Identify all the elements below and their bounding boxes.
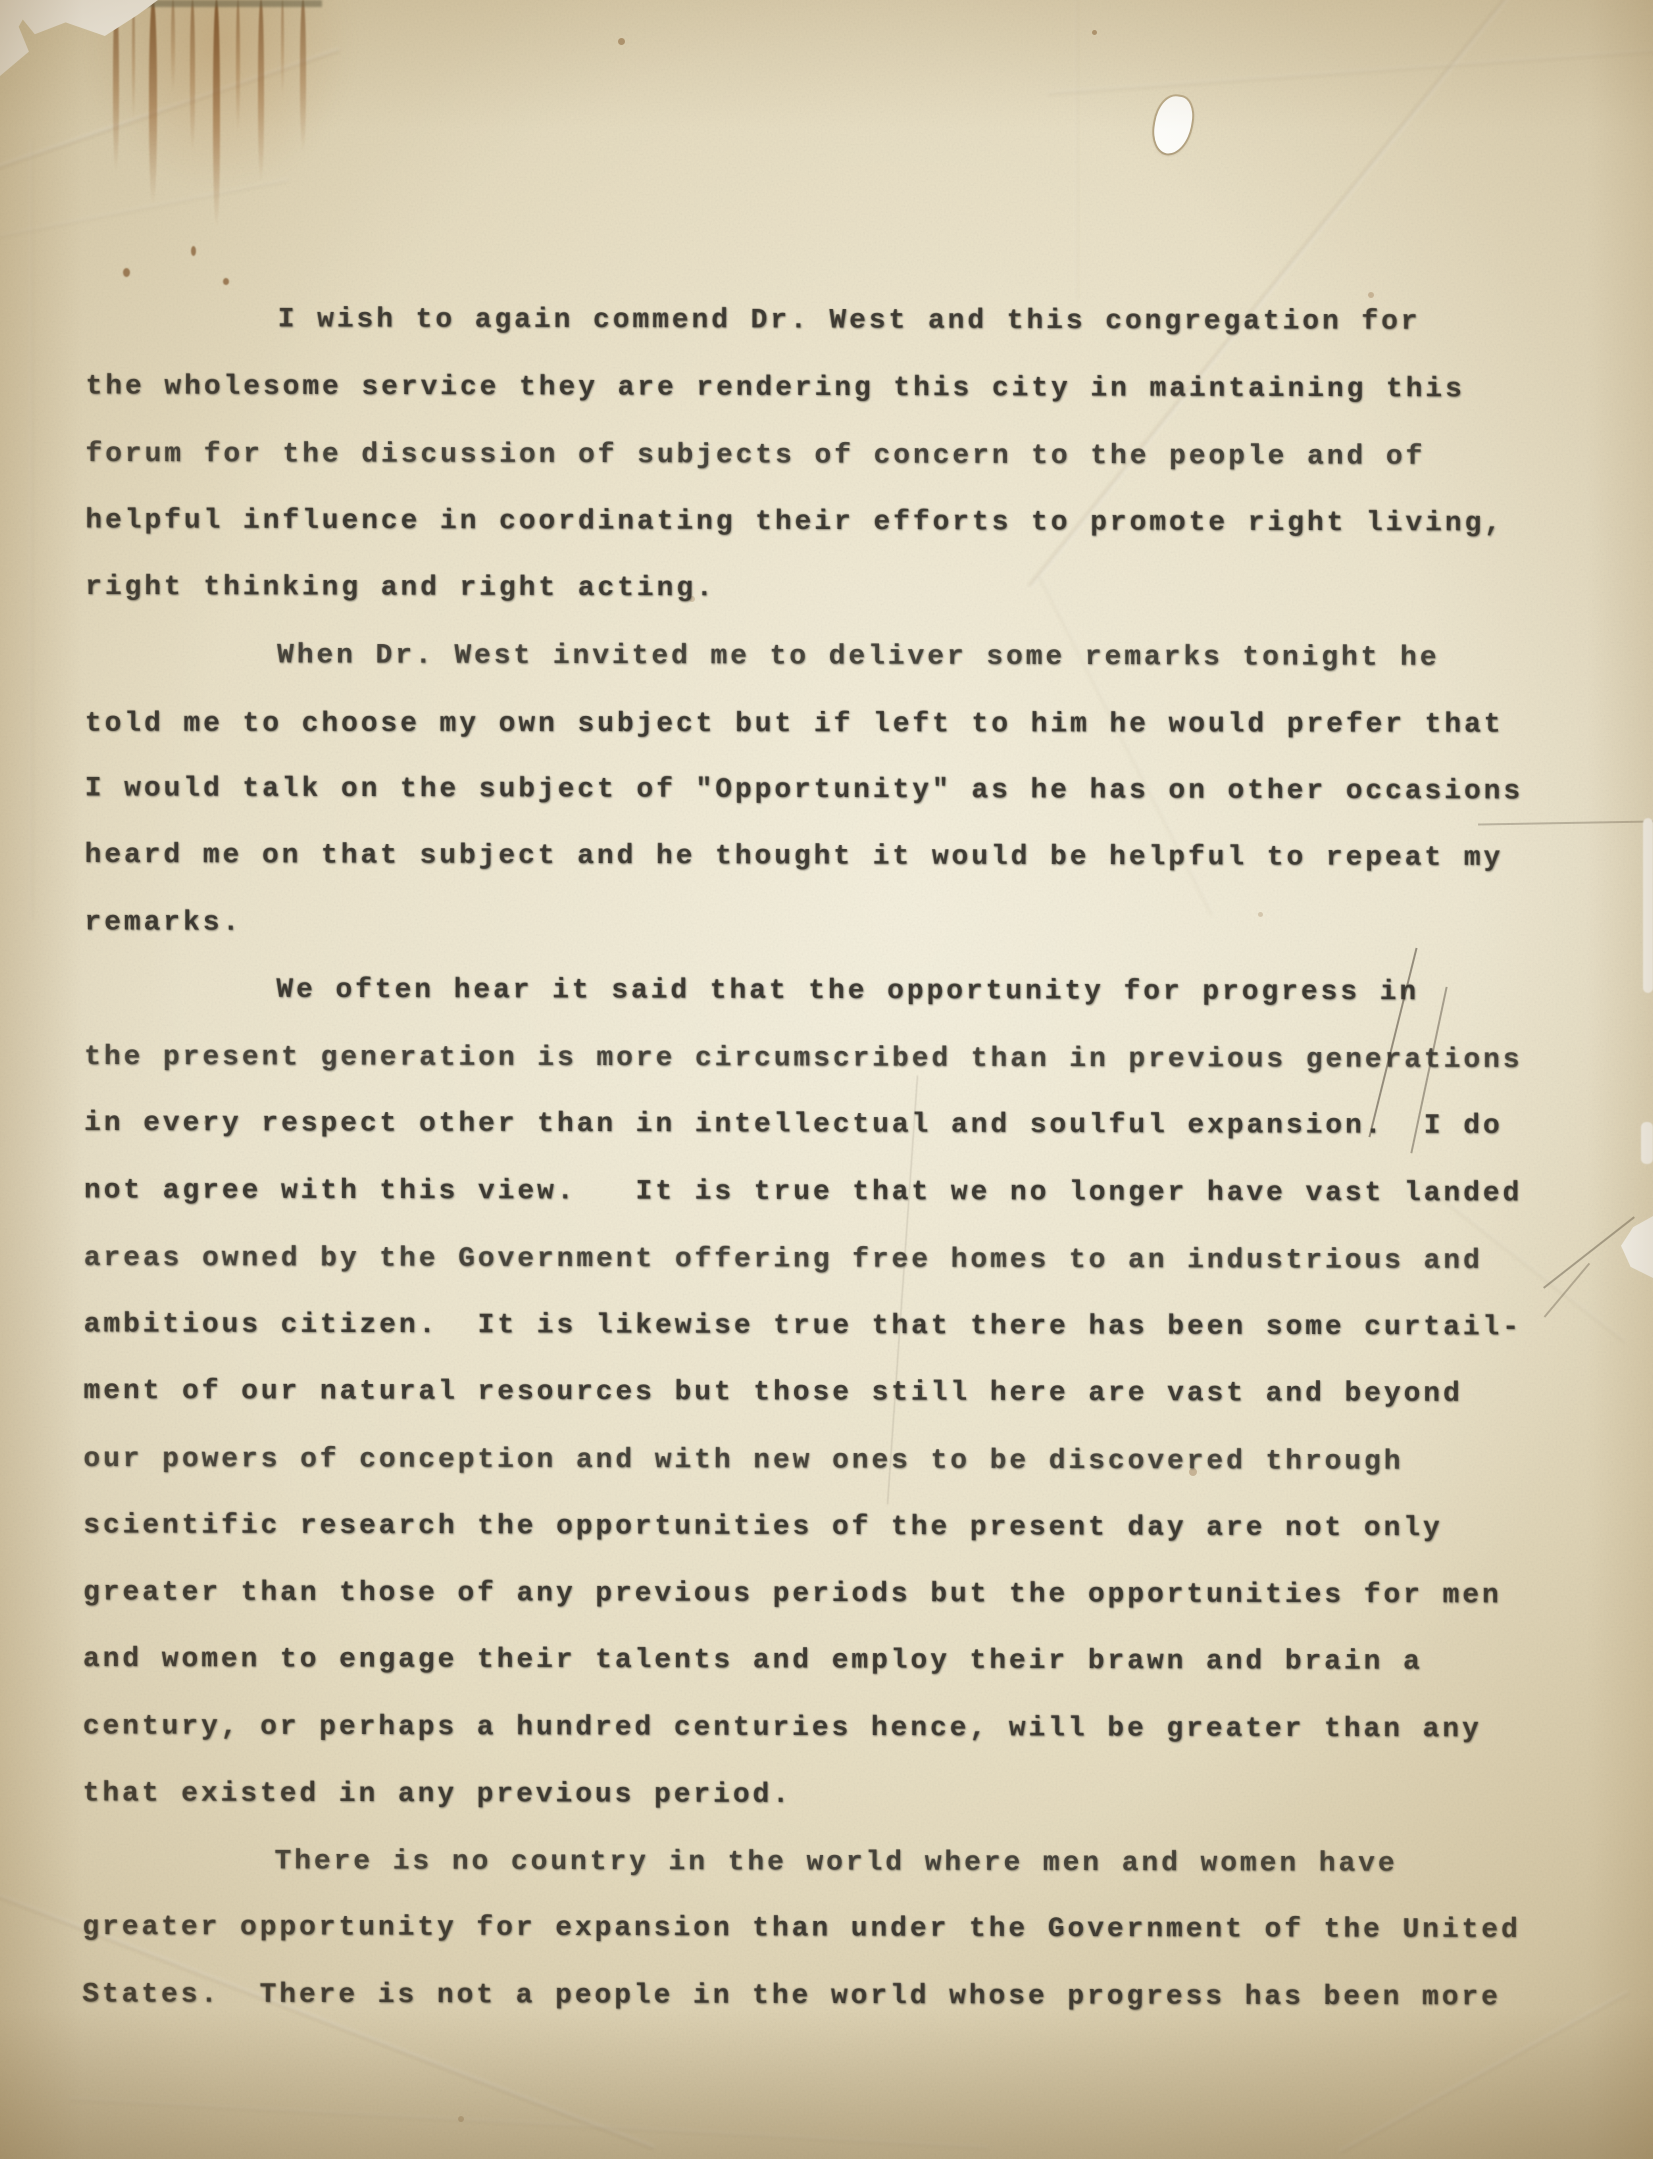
typed-line: I wish to again commend Dr. West and thi… (86, 286, 1586, 356)
paper-hole (1151, 94, 1196, 157)
typed-line: When Dr. West invited me to deliver some… (85, 622, 1585, 692)
rust-stain-group (95, 0, 345, 250)
typed-line: right thinking and right acting. (85, 554, 1585, 624)
typed-line: I would talk on the subject of "Opportun… (85, 755, 1585, 825)
torn-edge (1643, 818, 1653, 993)
typed-line: and women to engage their talents and em… (83, 1626, 1583, 1696)
rust-dot (123, 268, 130, 277)
typed-line: that existed in any previous period. (83, 1760, 1583, 1830)
rust-drip (213, 0, 220, 228)
typed-line: our powers of conception and with new on… (83, 1426, 1583, 1496)
paper-crease (70, 2098, 989, 2149)
paper-crease (0, 179, 289, 239)
typed-line: not agree with this view. It is true tha… (84, 1157, 1584, 1227)
torn-edge (0, 0, 34, 76)
paper-crease (1075, 0, 1078, 300)
typed-line: heard me on that subject and he thought … (85, 822, 1585, 892)
typed-line: forum for the discussion of subjects of … (85, 421, 1585, 491)
foxing-speck (458, 2116, 464, 2122)
rust-drip (300, 0, 306, 152)
foxing-speck (618, 38, 625, 45)
top-edge-shadow (52, 0, 322, 7)
typed-line: ambitious citizen. It is likewise true t… (84, 1291, 1584, 1361)
rust-dot (223, 278, 229, 285)
typed-text-block: I wish to again commend Dr. West and thi… (82, 286, 1586, 2031)
typed-line: in every respect other than in intellect… (84, 1090, 1584, 1160)
paper-crease (30, 140, 33, 920)
foxing-speck (1092, 30, 1097, 35)
torn-edge (1641, 1122, 1653, 1164)
paper-crease (1048, 49, 1653, 95)
stain-smear (85, 0, 355, 190)
typed-line: areas owned by the Government offering f… (84, 1225, 1584, 1295)
rust-drip (171, 0, 175, 92)
paper-crease (0, 48, 340, 172)
rust-drip (149, 0, 157, 205)
typed-line: We often hear it said that the opportuni… (84, 956, 1584, 1026)
rust-drip (281, 0, 284, 96)
rust-drip (113, 0, 119, 172)
rust-dot (191, 246, 196, 256)
typed-line: the wholesome service they are rendering… (86, 353, 1586, 423)
typed-line: remarks. (84, 889, 1584, 959)
rust-drip (236, 0, 240, 132)
rust-drip (190, 0, 195, 152)
typed-line: There is no country in the world where m… (82, 1828, 1582, 1898)
rust-drip (258, 0, 264, 182)
typed-line: greater than those of any previous perio… (83, 1559, 1583, 1629)
rust-drip (132, 0, 135, 120)
typed-line: greater opportunity for expansion than u… (82, 1894, 1582, 1964)
typed-line: the present generation is more circumscr… (84, 1024, 1584, 1094)
typed-line: ment of our natural resources but those … (83, 1358, 1583, 1428)
typed-line: century, or perhaps a hundred centuries … (83, 1693, 1583, 1763)
scanned-page: I wish to again commend Dr. West and thi… (0, 0, 1653, 2159)
typed-line: told me to choose my own subject but if … (85, 691, 1585, 759)
typed-line: helpful influence in coordinating their … (85, 487, 1585, 557)
typed-line: scientific research the opportunities of… (83, 1492, 1583, 1562)
torn-edge (1621, 1216, 1653, 1278)
typed-line: States. There is not a people in the wor… (82, 1961, 1582, 2031)
